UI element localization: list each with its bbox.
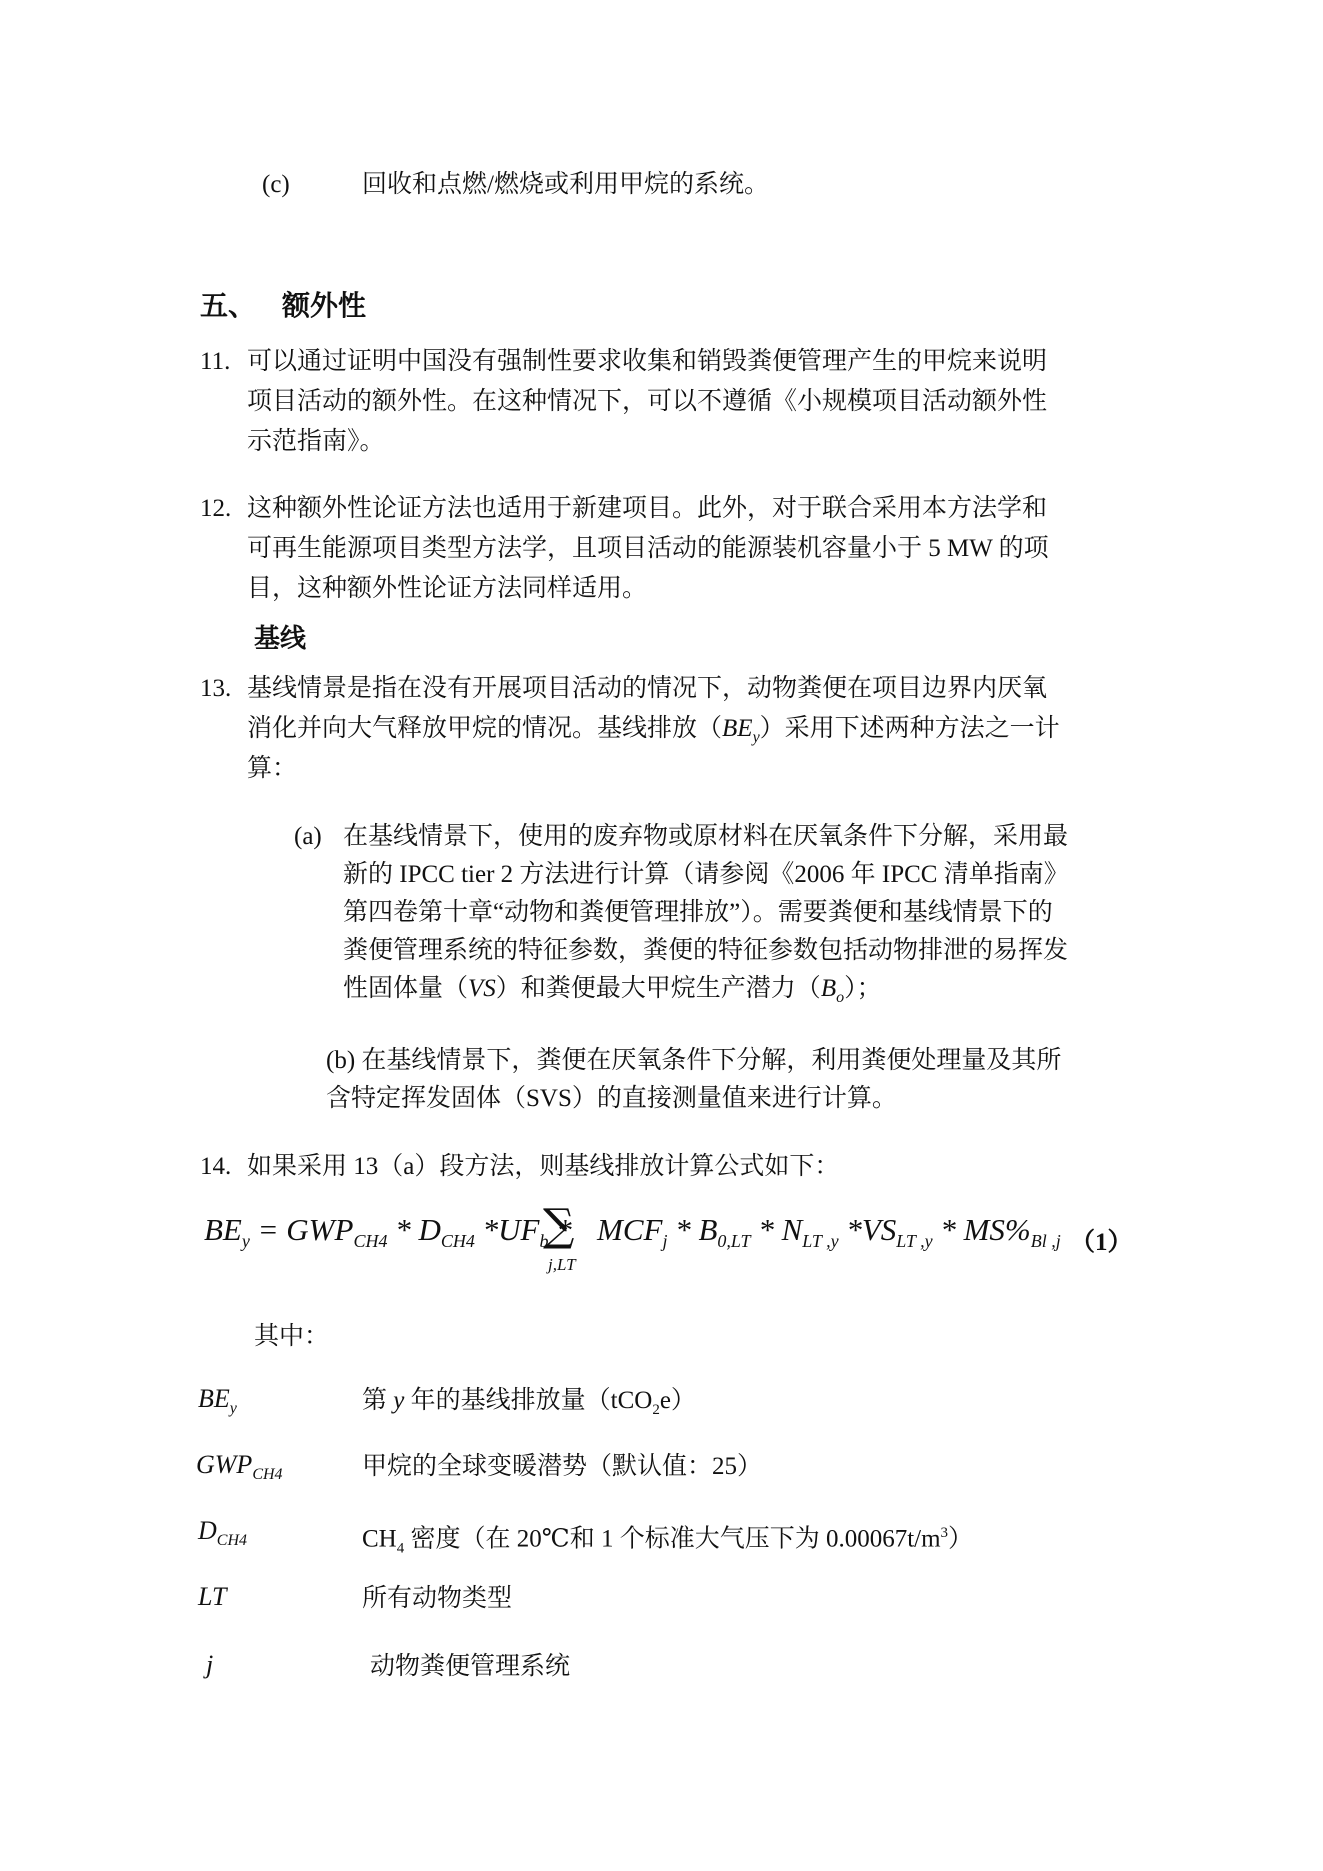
para-11-line: 项目活动的额外性。在这种情况下，可以不遵循《小规模项目活动额外性 <box>247 383 1047 421</box>
para-13-number: 13. <box>200 670 231 708</box>
subscript: 2 <box>652 1402 660 1418</box>
item-a-line: 粪便管理系统的特征参数，粪便的特征参数包括动物排泄的易挥发 <box>343 932 1068 970</box>
math-subscript: CH4 <box>353 1231 387 1251</box>
para-12-line: 可再生能源项目类型方法学，且项目活动的能源装机容量小于 5 MW 的项 <box>247 530 1049 568</box>
math-subscript: o <box>836 989 844 1006</box>
text-span: CH <box>362 1525 397 1552</box>
math-symbol: VS <box>468 975 496 1002</box>
math-symbol: B <box>821 975 836 1002</box>
math-term: * MS% <box>933 1212 1031 1247</box>
item-a-line: 在基线情景下，使用的废弃物或原材料在厌氧条件下分解，采用最 <box>343 818 1068 856</box>
math-subscript: CH4 <box>252 1466 282 1483</box>
text-span: 第 <box>362 1387 393 1414</box>
para-11-line: 示范指南》。 <box>247 423 385 461</box>
text-span: 消化并向大气释放甲烷的情况。基线排放（ <box>247 715 722 742</box>
math-subscript: Bl ,j <box>1031 1231 1061 1251</box>
math-subscript: y <box>230 1400 237 1417</box>
text-span: ）和粪便最大甲烷生产潜力（ <box>496 975 821 1002</box>
definition-symbol: GWPCH4 <box>196 1450 283 1484</box>
para-12-line: 这种额外性论证方法也适用于新建项目。此外，对于联合采用本方法学和 <box>247 490 1047 528</box>
para-11-number: 11. <box>200 343 230 381</box>
para-13-line: 消化并向大气释放甲烷的情况。基线排放（BEy）采用下述两种方法之一计 <box>247 710 1060 757</box>
list-text-c: 回收和点燃/燃烧或利用甲烷的系统。 <box>362 166 769 204</box>
para-11-line: 可以通过证明中国没有强制性要求收集和销毁粪便管理产生的甲烷来说明 <box>247 343 1047 381</box>
definition-text: 动物粪便管理系统 <box>370 1648 570 1686</box>
text-span: e） <box>660 1387 696 1414</box>
text-span: 密度（在 20℃和 1 个标准大气压下为 0.00067t/m <box>404 1525 940 1552</box>
text-span: ）采用下述两种方法之一计 <box>760 715 1060 742</box>
math-subscript: y <box>242 1231 250 1251</box>
definition-symbol: LT <box>198 1582 226 1612</box>
text-span: ） <box>948 1525 973 1552</box>
summation-icon: ∑ <box>543 1200 574 1251</box>
math-term: * B <box>667 1212 717 1247</box>
math-symbol: BE <box>198 1384 230 1413</box>
math-subscript: 0,LT <box>717 1231 750 1251</box>
para-13-line: 算： <box>247 750 297 788</box>
math-term: * N <box>751 1212 803 1247</box>
item-a-line: 第四卷第十章“动物和粪便管理排放”）。需要粪便和基线情景下的 <box>343 894 1053 932</box>
equation-number: （1） <box>1070 1222 1133 1258</box>
summation-subscript: j,LT <box>548 1255 576 1275</box>
item-b-line: (b) 在基线情景下，粪便在厌氧条件下分解，利用粪便处理量及其所 <box>326 1042 1061 1080</box>
definition-symbol: BEy <box>198 1384 237 1418</box>
math-term: *UF <box>475 1212 540 1247</box>
para-14-text: 如果采用 13（a）段方法，则基线排放计算公式如下： <box>247 1148 839 1186</box>
math-term: MCF <box>597 1212 662 1247</box>
section-title: 额外性 <box>282 284 366 324</box>
math-subscript: CH4 <box>441 1231 475 1251</box>
item-a-line: 新的 IPCC tier 2 方法进行计算（请参阅《2006 年 IPCC 清单… <box>343 856 1069 894</box>
math-term: *VS <box>839 1212 897 1247</box>
text-span: 年的基线排放量（tCO <box>404 1387 652 1414</box>
item-a-line: 性固体量（VS）和粪便最大甲烷生产潜力（Bo）； <box>343 970 882 1017</box>
where-label: 其中： <box>254 1318 329 1356</box>
math-symbol: BE <box>204 1212 242 1247</box>
definition-text: 第 y 年的基线排放量（tCO2e） <box>362 1382 696 1429</box>
math-symbol: y <box>393 1387 404 1414</box>
section-number: 五、 <box>200 284 256 324</box>
baseline-emission-formula-rhs: MCFj * B0,LT * NLT ,y *VSLT ,y * MS%Bl ,… <box>597 1212 1061 1252</box>
para-13-line: 基线情景是指在没有开展项目活动的情况下，动物粪便在项目边界内厌氧 <box>247 670 1047 708</box>
math-subscript: CH4 <box>217 1532 247 1549</box>
text-span: ）； <box>844 975 882 1002</box>
text-span: 性固体量（ <box>343 975 468 1002</box>
math-symbol: GWP <box>196 1450 252 1479</box>
definition-text: 所有动物类型 <box>362 1580 512 1618</box>
math-subscript: y <box>753 729 760 746</box>
math-subscript: LT ,y <box>802 1231 838 1251</box>
math-subscript: LT ,y <box>896 1231 932 1251</box>
math-symbol: D <box>198 1516 217 1545</box>
para-14-number: 14. <box>200 1148 231 1186</box>
definition-text: 甲烷的全球变暖潜势（默认值：25） <box>362 1448 762 1486</box>
para-12-number: 12. <box>200 490 231 528</box>
baseline-heading: 基线 <box>254 618 306 655</box>
list-label-a: (a) <box>294 818 322 856</box>
definition-text: CH4 密度（在 20℃和 1 个标准大气压下为 0.00067t/m3） <box>362 1514 973 1567</box>
item-b-line: 含特定挥发固体（SVS）的直接测量值来进行计算。 <box>326 1080 897 1118</box>
math-term: = GWP <box>258 1212 354 1247</box>
math-symbol: BE <box>722 715 753 742</box>
definition-symbol: DCH4 <box>198 1516 247 1550</box>
superscript: 3 <box>941 1525 949 1541</box>
para-12-line: 目，这种额外性论证方法同样适用。 <box>247 570 647 608</box>
definition-symbol: j <box>206 1650 213 1680</box>
math-term: * D <box>387 1212 440 1247</box>
baseline-emission-formula: BEy = GWPCH4 * DCH4 *UFb * <box>204 1212 572 1252</box>
list-label-c: (c) <box>262 166 290 204</box>
